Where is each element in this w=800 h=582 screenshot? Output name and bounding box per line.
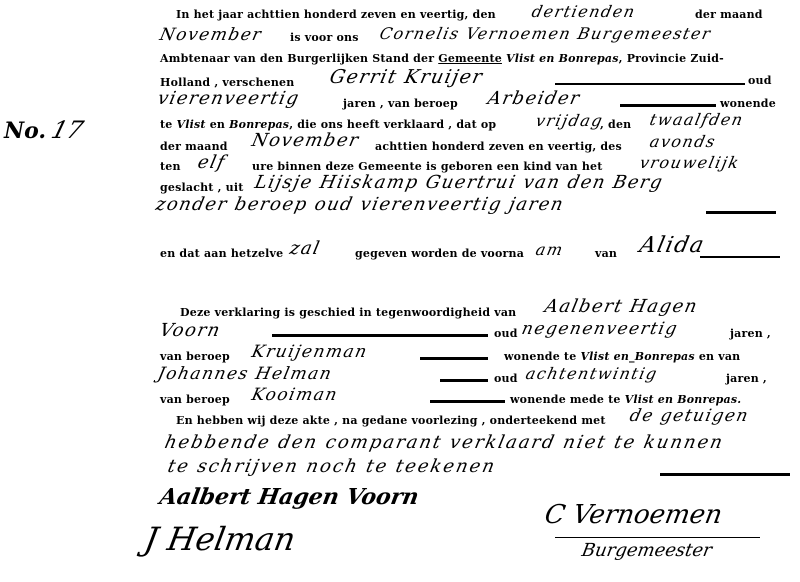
- handwritten-text: zal: [288, 238, 323, 259]
- handwritten-text: de getuigen: [628, 406, 751, 426]
- printed-text: van: [595, 247, 617, 260]
- handwritten-witness2: Johannes Helman: [156, 364, 335, 384]
- printed-text: oud: [748, 74, 772, 87]
- fill-line: [440, 379, 488, 382]
- handwritten-mother: Lijsje Hiiskamp Guertrui van den Berg: [253, 172, 666, 193]
- printed-text: Ambtenaar van den Burgerlijken Stand der: [160, 52, 434, 65]
- signature-witness2: J Helman: [142, 520, 299, 558]
- municipality-name: Vlist en_Bonrepas: [580, 350, 694, 363]
- printed-text: oud: [494, 372, 518, 385]
- printed-text: jaren ,: [726, 372, 767, 385]
- fill-line: [660, 473, 790, 476]
- handwritten-registrar: Cornelis Vernoemen Burgemeester: [378, 24, 713, 43]
- printed-text: achttien honderd zeven en veertig, des: [375, 140, 622, 153]
- signature-registrar: C Vernoemen: [542, 500, 724, 530]
- fill-line: [430, 400, 505, 403]
- printed-text: ten: [160, 160, 181, 173]
- fill-line: [420, 357, 488, 360]
- handwritten-text: am: [534, 240, 566, 259]
- handwritten-occupation: Arbeider: [486, 88, 583, 109]
- record-number: 17: [48, 116, 86, 144]
- printed-text: En hebben wij deze akte , na gedane voor…: [176, 414, 606, 427]
- printed-text: Gemeente: [438, 52, 502, 65]
- printed-text: wonende mede te Vlist en Bonrepas.: [510, 393, 741, 406]
- handwritten-remark: te schrijven noch te teekenen: [166, 456, 498, 477]
- handwritten-time-of-day: avonds: [648, 132, 718, 151]
- municipality-name: Vlist: [177, 118, 206, 131]
- municipality-name: Vlist en Bonrepas.: [625, 393, 742, 406]
- printed-text: is voor ons: [290, 31, 359, 44]
- printed-text: Deze verklaring is geschied in tegenwoor…: [180, 306, 516, 319]
- printed-text: , den: [600, 118, 631, 131]
- handwritten-mother-details: zonder beroep oud vierenveertig jaren: [154, 194, 566, 215]
- handwritten-sex: vrouwelijk: [638, 153, 742, 172]
- handwritten-remark: hebbende den comparant verklaard niet te…: [163, 432, 726, 453]
- handwritten-witness1-age: negenenveertig: [520, 319, 680, 339]
- record-number-label: No.: [4, 118, 46, 144]
- handwritten-day: dertienden: [530, 2, 638, 21]
- handwritten-month: November: [158, 25, 264, 45]
- printed-text: wonende te: [504, 350, 576, 363]
- printed-text: In het jaar achttien honderd zeven en ve…: [176, 8, 496, 21]
- handwritten-declarant: Gerrit Kruijer: [328, 66, 486, 88]
- printed-text: geslacht , uit: [160, 181, 244, 194]
- handwritten-birth-day: twaalfden: [648, 110, 746, 129]
- handwritten-witness1-occupation: Kruijenman: [250, 342, 370, 362]
- printed-text: , Provincie Zuid-: [619, 52, 724, 65]
- printed-text: jaren , van beroep: [343, 97, 458, 110]
- handwritten-child-name: Alida: [637, 233, 707, 258]
- printed-text: en: [210, 118, 225, 131]
- handwritten-age: vierenveertig: [156, 88, 302, 109]
- printed-text: gegeven worden de voorna: [355, 247, 524, 260]
- printed-text: der maand: [695, 8, 763, 21]
- municipality-name: Vlist en Bonrepas: [506, 52, 619, 65]
- printed-text: te: [160, 118, 172, 131]
- fill-line: [706, 211, 776, 214]
- handwritten-witness1-place: Voorn: [158, 320, 223, 341]
- signature-witness1: Aalbert Hagen Voorn: [158, 484, 421, 510]
- handwritten-weekday: vrijdag: [534, 111, 605, 130]
- printed-text: wonende: [720, 97, 776, 110]
- printed-text: van beroep: [160, 393, 230, 406]
- handwritten-witness1: Aalbert Hagen: [543, 296, 700, 317]
- fill-line: [555, 83, 745, 85]
- fill-line: [272, 334, 488, 337]
- fill-line: [620, 104, 716, 107]
- printed-text: en van: [699, 350, 741, 363]
- printed-text: wonende mede te: [510, 393, 621, 406]
- handwritten-hour: elf: [196, 152, 228, 173]
- fill-line: [700, 256, 780, 258]
- signature-line: [555, 537, 760, 538]
- printed-text: Ambtenaar van den Burgerlijken Stand der…: [160, 52, 724, 65]
- handwritten-birth-month: November: [250, 130, 362, 151]
- printed-text: van beroep: [160, 350, 230, 363]
- printed-text: jaren ,: [730, 327, 771, 340]
- signature-registrar-title: Burgemeester: [580, 540, 713, 561]
- handwritten-witness2-age: achtentwintig: [524, 364, 660, 383]
- handwritten-witness2-occupation: Kooiman: [250, 385, 340, 405]
- printed-text: wonende te Vlist en_Bonrepas en van: [504, 350, 740, 363]
- printed-text: oud: [494, 327, 518, 340]
- printed-text: en dat aan hetzelve: [160, 247, 283, 260]
